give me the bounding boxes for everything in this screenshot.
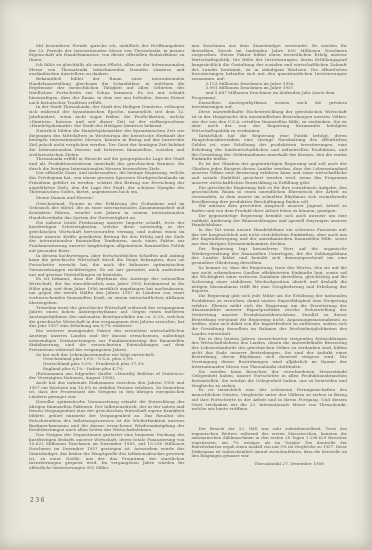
paragraph: Diese unzweifelhafte Hochentwicklung der… <box>192 110 348 134</box>
paragraph: Tatsächlich hat die Regierung eine Polit… <box>192 134 348 162</box>
paragraph: Thessaloniki erfüllt in Hinsicht auf die… <box>29 157 185 171</box>
paragraph: Es ist der Glauben der gegenwärtigen Reg… <box>192 162 348 186</box>
paragraph: Ich fühle es gleichfalls als meine Pflic… <box>29 63 185 77</box>
paragraph: Der offizielle Staat, und insbesondere, … <box>29 171 185 195</box>
paragraph: Die griechische Regierung hält es für ih… <box>192 186 348 205</box>
paragraph: Sie werden beim Besuchen der verschieden… <box>192 370 348 389</box>
paragraph: Die Regierung legt besonderen Wert auf d… <box>192 247 348 266</box>
paragraph: Die nahezu totale Freilassung unserer Im… <box>29 221 185 254</box>
paragraph: In der Tat weist unsere Handelsbilanz ei… <box>192 228 348 247</box>
page-number: 236 <box>30 497 46 504</box>
paragraph: Auch hat das nationale Einkommen zwische… <box>29 381 185 400</box>
left-column: Mit besonderer Freude spreche ich, anläß… <box>29 44 185 471</box>
paragraph: Die in den letzten Jahren verzeichneten … <box>192 337 348 370</box>
paragraph: Bekanntlich bildet der Raum einer intern… <box>29 77 185 105</box>
paragraph: Die Regierung gibt sich jede Mühe um die… <box>192 294 348 336</box>
paragraph: Es ist bekannt, dass der Rhythmus des An… <box>29 277 185 305</box>
paragraph: Die gegenwärtige Regierung bemüht sich a… <box>192 214 348 228</box>
paragraph: So kommt es, dass die Regierung, trotz d… <box>192 266 348 294</box>
paragraph: Natürlich bilden die Handelsjahrmärkte d… <box>29 129 185 157</box>
paragraph: Dieselbe optimistische Voraussetzung erl… <box>29 400 185 433</box>
paragraph: Trotzdem weist die griechische Wirtschaf… <box>29 306 185 330</box>
paragraph: Meine Damen und Herren! <box>29 196 185 201</box>
paragraph: Das Steigen der Depositionen gestattet e… <box>29 433 185 471</box>
paragraph: Griechenland, Pionier in der Erklärung d… <box>29 202 185 221</box>
document-page: Mit besonderer Freude spreche ich, anläß… <box>0 0 372 550</box>
right-column: nen Drachmen aus dem Staatsbudget verwen… <box>192 44 348 471</box>
paragraph: In diesem hochwertigen, aber fortschritt… <box>29 254 185 278</box>
paragraph: Mit besonderer Freude spreche ich, anläß… <box>29 44 185 63</box>
page-content: Mit besonderer Freude spreche ich, anläß… <box>29 44 347 471</box>
paragraph: In der Stadt Thessaloniki, der Stadt des… <box>29 105 185 129</box>
dateline: Thessaloniki 27. Dezember 1958 <box>192 462 348 467</box>
paragraph: Ein weiterer anzeigender Faktor des erre… <box>29 329 185 353</box>
paragraph: nen Drachmen aus dem Staatsbudget verwen… <box>192 44 348 82</box>
paragraph: Es ist tatsächlich eine der schönsten Er… <box>192 388 348 412</box>
paragraph: Der Besuch der 23. IMS war sehr zufriede… <box>192 427 348 459</box>
